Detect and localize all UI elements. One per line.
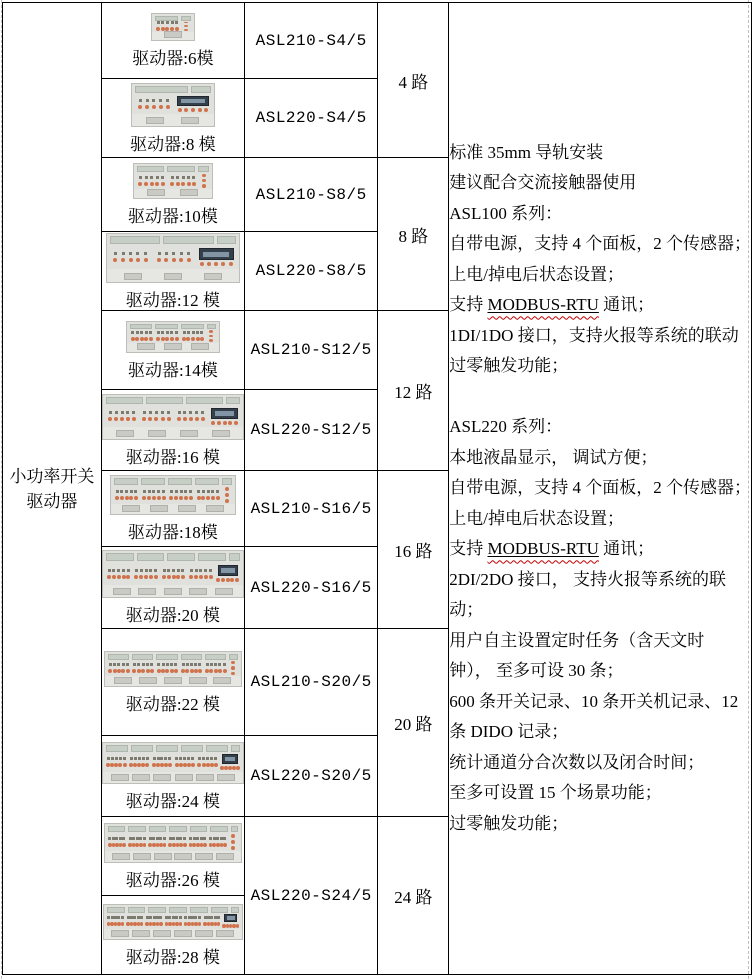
description-line [449, 382, 751, 413]
description-line: 动； [449, 595, 751, 626]
description-line: 2DI/2DO 接口， 支持火报等系统的联 [449, 565, 751, 596]
device-cell: 驱动器:12 模 [101, 232, 244, 311]
driver-module-image [103, 904, 243, 940]
model-cell: ASL220-S4/5 [244, 79, 378, 158]
driver-module-image [106, 233, 240, 283]
driver-module-image [102, 550, 244, 598]
device-cell: 驱动器:16 模 [101, 390, 244, 471]
device-cell: 驱动器:26 模 [101, 817, 244, 896]
model-cell: ASL220-S8/5 [244, 232, 378, 311]
device-cell: 驱动器:8 模 [101, 79, 244, 158]
description-line: 支持 MODBUS-RTU 通讯； [449, 534, 751, 565]
model-cell: ASL210-S12/5 [244, 311, 378, 390]
description-line: 支持 MODBUS-RTU 通讯； [449, 290, 751, 321]
description-line: 过零触发功能； [449, 809, 751, 840]
model-cell: ASL220-S24/5 [244, 817, 378, 975]
table-row: 小功率开关驱动器 驱动器:6模 ASL210-S4/5 4 路 标准 35mm … [3, 3, 752, 79]
description-line: 钟）， 至多可设 30 条； [449, 656, 751, 687]
device-cell: 驱动器:10模 [101, 158, 244, 232]
driver-module-image [104, 651, 242, 687]
channel-cell: 20 路 [378, 629, 449, 817]
product-spec-table: 小功率开关驱动器 驱动器:6模 ASL210-S4/5 4 路 标准 35mm … [2, 2, 752, 975]
channel-cell: 8 路 [378, 158, 449, 311]
channel-cell: 12 路 [378, 311, 449, 471]
device-label: 驱动器:26 模 [126, 871, 220, 890]
description-line: 条 DIDO 记录； [449, 717, 751, 748]
device-label: 驱动器:6模 [132, 49, 213, 68]
device-cell: 驱动器:22 模 [101, 629, 244, 736]
driver-module-image [102, 742, 244, 784]
model-cell: ASL210-S20/5 [244, 629, 378, 736]
spellcheck-underline: MODBUS-RTU [487, 295, 598, 314]
description-line: 上电/掉电后状态设置； [449, 504, 751, 535]
device-cell: 驱动器:28 模 [101, 896, 244, 975]
driver-module-image [110, 475, 236, 515]
device-label: 驱动器:12 模 [126, 291, 220, 310]
description-line: 至多可设置 15 个场景功能； [449, 778, 751, 809]
device-cell: 驱动器:20 模 [101, 547, 244, 629]
description-line: ASL220 系列： [449, 412, 751, 443]
device-label: 驱动器:14模 [128, 361, 218, 380]
description-line: 建议配合交流接触器使用 [449, 168, 751, 199]
driver-module-image [151, 13, 195, 41]
model-cell: ASL220-S16/5 [244, 547, 378, 629]
model-cell: ASL220-S20/5 [244, 736, 378, 817]
description-line: 过零触发功能； [449, 351, 751, 382]
model-cell: ASL210-S8/5 [244, 158, 378, 232]
device-cell: 驱动器:14模 [101, 311, 244, 390]
driver-module-image [131, 83, 215, 127]
description-line: 自带电源，支持 4 个面板，2 个传感器； [449, 229, 751, 260]
description-line: 统计通道分合次数以及闭合时间； [449, 748, 751, 779]
description-line: 标准 35mm 导轨安装 [449, 138, 751, 169]
description-line: 600 条开关记录、10 条开关机记录、12 [449, 687, 751, 718]
device-cell: 驱动器:18模 [101, 471, 244, 547]
device-label: 驱动器:10模 [128, 207, 218, 226]
device-cell: 驱动器:6模 [101, 3, 244, 79]
description-line: 1DI/1DO 接口，支持火报等系统的联动 [449, 321, 751, 352]
model-cell: ASL210-S16/5 [244, 471, 378, 547]
document-page: { "table": { "category": "小功率开关驱动器", "ro… [0, 0, 752, 979]
description-line: 用户自主设置定时任务（含天文时 [449, 626, 751, 657]
description-cell: 标准 35mm 导轨安装建议配合交流接触器使用ASL100 系列：自带电源，支持… [449, 3, 752, 975]
device-label: 驱动器:18模 [128, 523, 218, 542]
channel-cell: 4 路 [378, 3, 449, 158]
driver-module-image [102, 394, 244, 440]
description-line: ASL100 系列： [449, 199, 751, 230]
model-cell: ASL210-S4/5 [244, 3, 378, 79]
device-label: 驱动器:20 模 [126, 606, 220, 625]
driver-module-image [133, 163, 213, 199]
device-label: 驱动器:24 模 [126, 792, 220, 811]
channel-cell: 16 路 [378, 471, 449, 629]
device-label: 驱动器:8 模 [130, 135, 215, 154]
driver-module-image [104, 823, 242, 863]
channel-cell: 24 路 [378, 817, 449, 975]
device-label: 驱动器:22 模 [126, 695, 220, 714]
category-cell: 小功率开关驱动器 [3, 3, 102, 975]
spellcheck-underline: MODBUS-RTU [487, 539, 598, 558]
description-line: 自带电源，支持 4 个面板，2 个传感器； [449, 473, 751, 504]
device-label: 驱动器:16 模 [126, 448, 220, 467]
description-line: 上电/掉电后状态设置； [449, 260, 751, 291]
device-label: 驱动器:28 模 [126, 948, 220, 967]
driver-module-image [126, 321, 220, 353]
model-cell: ASL220-S12/5 [244, 390, 378, 471]
device-cell: 驱动器:24 模 [101, 736, 244, 817]
description-line: 本地液晶显示， 调试方便； [449, 443, 751, 474]
